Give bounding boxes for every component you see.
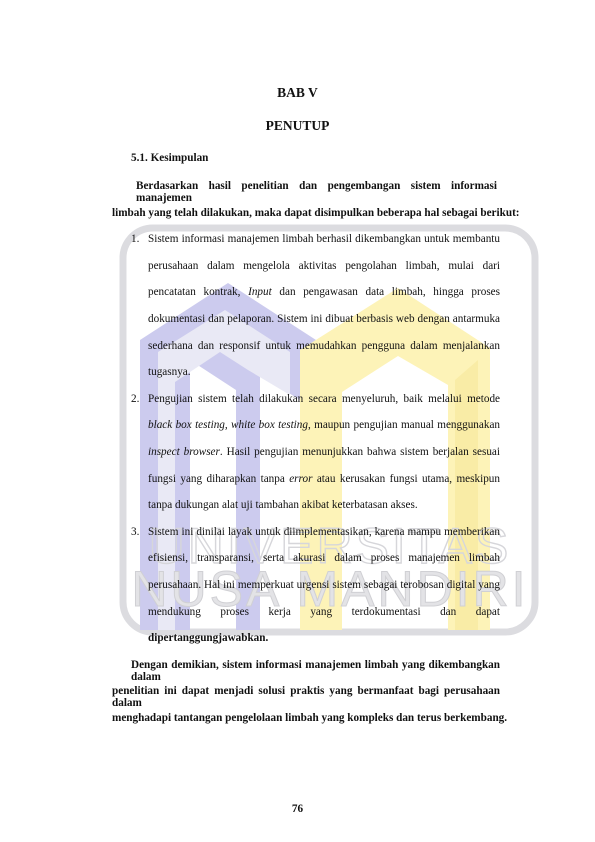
closing-paragraph-line: penelitian ini dapat menjadi solusi prak… xyxy=(112,685,500,709)
closing-paragraph-line: menghadapi tantangan pengelolaan limbah … xyxy=(112,712,507,724)
list-item-number: 1. xyxy=(131,233,139,245)
list-item-line: perusahaan dalam mengelola aktivitas pen… xyxy=(148,260,500,272)
list-item-number: 2. xyxy=(131,393,139,405)
list-item-line: fungsi yang diharapkan tanpa error atau … xyxy=(148,473,500,485)
list-item-line: Pengujian sistem telah dilakukan secara … xyxy=(148,393,500,405)
list-item-line: perusahaan. Hal ini memperkuat urgensi s… xyxy=(148,579,500,591)
list-item-line: mendukung proses kerja yang terdokumenta… xyxy=(148,606,500,618)
list-item-line: efisiensi, transparansi, serta akurasi d… xyxy=(148,552,500,564)
list-item-line: inspect browser. Hasil pengujian menunju… xyxy=(148,446,500,458)
document-page: UNIVERSITAS NUSA MANDIRI BAB V PENUTUP 5… xyxy=(0,0,595,842)
list-item-line: dokumentasi dan pelaporan. Sistem ini di… xyxy=(148,313,500,325)
chapter-title: PENUTUP xyxy=(0,118,595,134)
list-item-line: sederhana dan responsif untuk memudahkan… xyxy=(148,340,500,352)
page-number: 76 xyxy=(0,803,595,815)
chapter-number: BAB V xyxy=(0,85,595,101)
list-item-number: 3. xyxy=(131,526,139,538)
closing-paragraph-line: Dengan demikian, sistem informasi manaje… xyxy=(131,659,500,683)
list-item-line: Sistem ini dinilai layak untuk diimpleme… xyxy=(148,526,500,538)
list-item-line: dipertanggungjawabkan. xyxy=(148,632,268,644)
section-heading: 5.1. Kesimpulan xyxy=(131,152,208,164)
list-item-line: black box testing, white box testing, ma… xyxy=(148,419,500,431)
intro-paragraph-line: Berdasarkan hasil penelitian dan pengemb… xyxy=(136,180,497,204)
intro-paragraph-line: limbah yang telah dilakukan, maka dapat … xyxy=(112,207,520,219)
list-item-line: Sistem informasi manajemen limbah berhas… xyxy=(148,233,500,245)
list-item-line: tanpa dukungan alat uji tambahan akibat … xyxy=(148,499,418,511)
list-item-line: pencatatan kontrak, Input dan pengawasan… xyxy=(148,286,500,298)
list-item-line: tugasnya. xyxy=(148,366,191,378)
